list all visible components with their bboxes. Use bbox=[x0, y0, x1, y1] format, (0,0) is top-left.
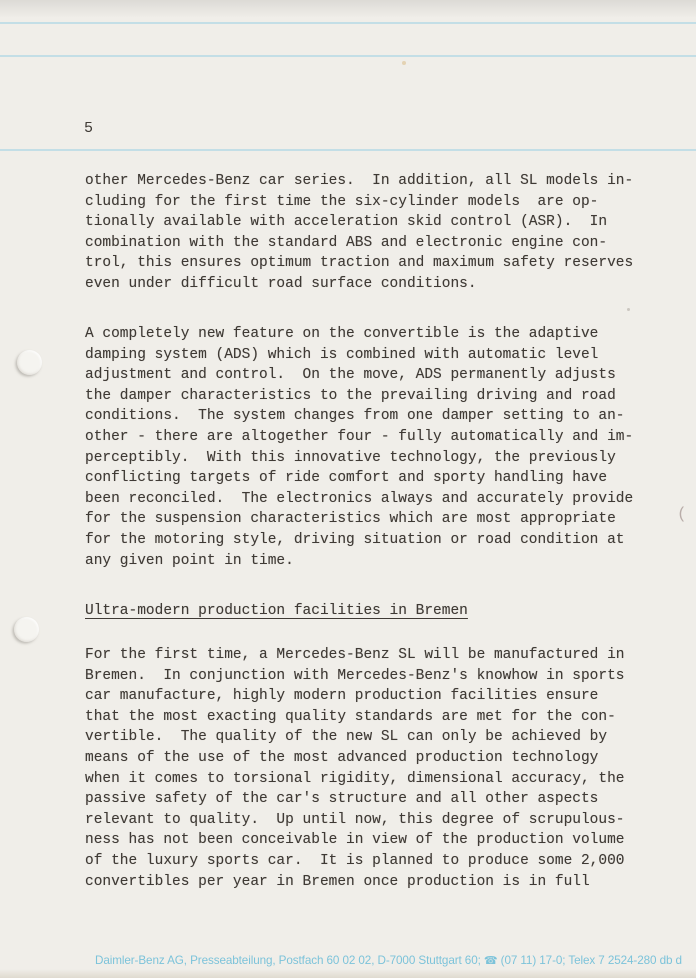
footer-phone-telex: (07 11) 17-0; Telex 7 2524-280 db d bbox=[498, 954, 682, 967]
footer-address: Daimler-Benz AG, Presseabteilung, Postfa… bbox=[95, 954, 484, 967]
paper-speck bbox=[402, 61, 406, 65]
phone-icon: ☎ bbox=[484, 955, 498, 967]
paper-speck bbox=[627, 308, 630, 311]
letterhead-rule-second bbox=[0, 55, 696, 57]
stray-pen-mark: ( bbox=[677, 505, 687, 523]
letterhead-rule-top bbox=[0, 22, 696, 24]
section-heading-bremen: Ultra-modern production facilities in Br… bbox=[85, 601, 665, 622]
punch-hole-top bbox=[17, 350, 42, 375]
letterhead-footer: Daimler-Benz AG, Presseabteilung, Postfa… bbox=[95, 954, 685, 967]
page-number: 5 bbox=[84, 120, 93, 137]
punch-hole-bottom bbox=[14, 617, 39, 642]
paragraph-asr-traction: other Mercedes-Benz car series. In addit… bbox=[85, 171, 665, 295]
letterhead-rule-header-bottom bbox=[0, 149, 696, 151]
paragraph-adaptive-damping: A completely new feature on the converti… bbox=[85, 324, 665, 571]
scanned-press-release-page: 5 other Mercedes-Benz car series. In add… bbox=[0, 0, 696, 978]
paragraph-bremen-production: For the first time, a Mercedes-Benz SL w… bbox=[85, 645, 665, 892]
